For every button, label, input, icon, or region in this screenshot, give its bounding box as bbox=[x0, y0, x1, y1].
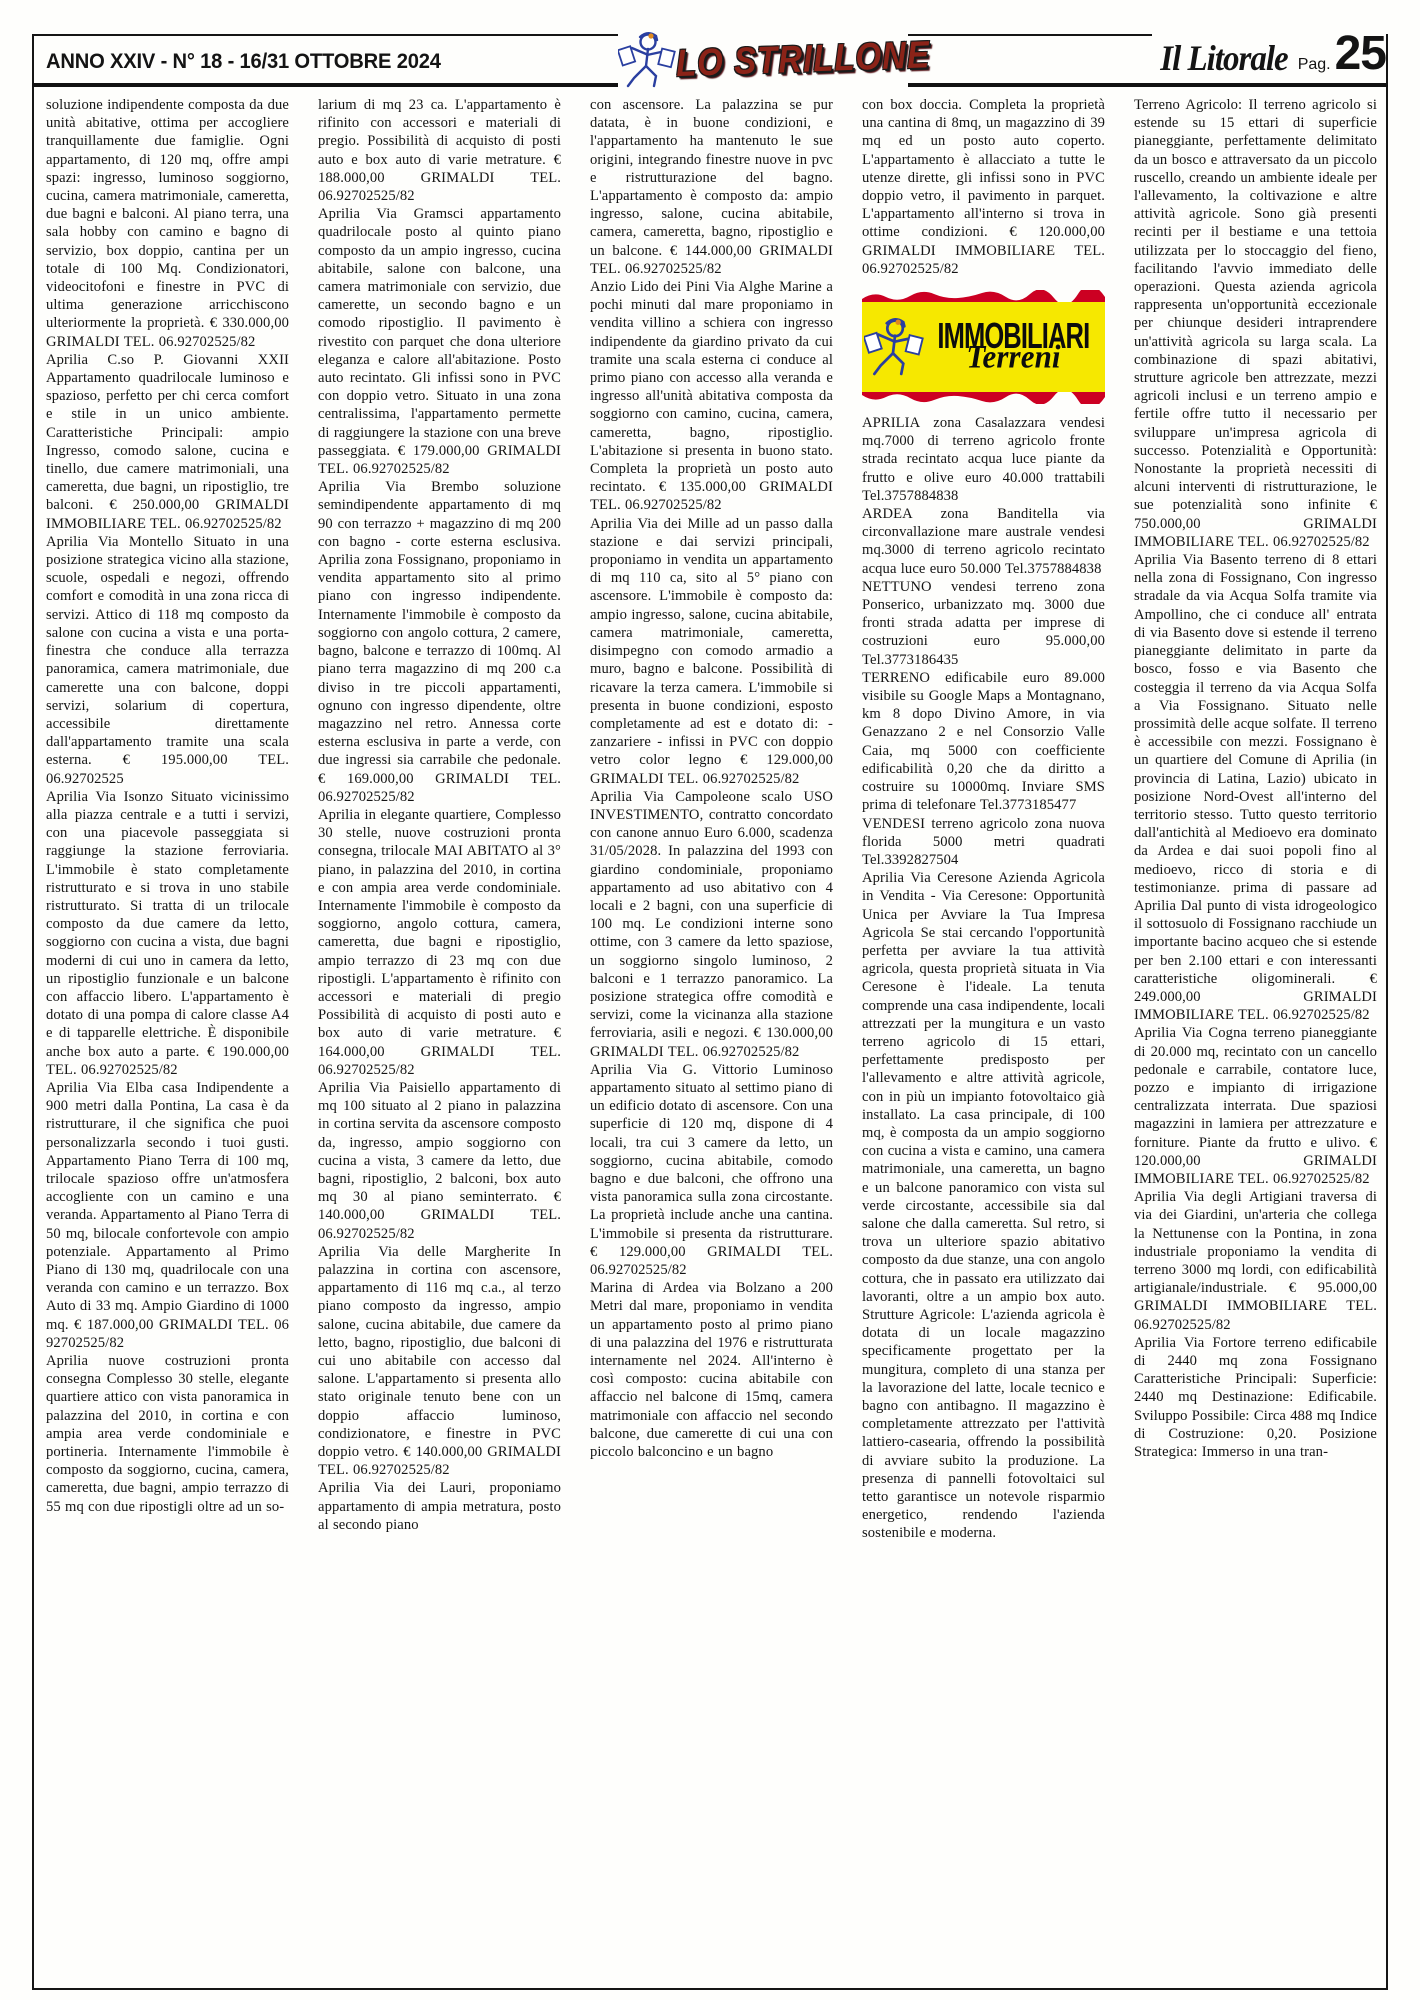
classified-ad: Aprilia Via Campoleone scalo USO INVESTI… bbox=[590, 788, 833, 1061]
column-5: Terreno Agricolo: Il terreno agricolo si… bbox=[1134, 96, 1377, 1966]
masthead-logo: LO STRILLONE bbox=[618, 26, 908, 92]
classified-ad: Aprilia Via delle Margherite In palazzin… bbox=[318, 1243, 561, 1480]
classified-ad: NETTUNO vendesi terreno zona Ponserico, … bbox=[862, 578, 1105, 669]
classified-ad: Aprilia Via Gramsci appartamento quadril… bbox=[318, 205, 561, 478]
classified-ad: VENDESI terreno agricolo zona nuova flor… bbox=[862, 815, 1105, 870]
classifieds-columns: soluzione indipendente composta da due u… bbox=[46, 96, 1380, 1966]
logo-wordmark: LO STRILLONE bbox=[675, 33, 930, 86]
classified-ad: Aprilia Via Elba casa Indipendente a 900… bbox=[46, 1079, 289, 1352]
classified-ad: con ascensore. La palazzina se pur datat… bbox=[590, 96, 833, 278]
issue-line: ANNO XXIV - N° 18 - 16/31 OTTOBRE 2024 bbox=[46, 50, 441, 74]
classified-ad: Aprilia Via Montello Situato in una posi… bbox=[46, 533, 289, 788]
column-2: larium di mq 23 ca. L'appartamento è rif… bbox=[318, 96, 561, 1966]
classified-ad: Aprilia Via Paisiello appartamento di mq… bbox=[318, 1079, 561, 1243]
classified-ad: Aprilia in elegante quartiere, Complesso… bbox=[318, 806, 561, 1079]
column-3: con ascensore. La palazzina se pur datat… bbox=[590, 96, 833, 1966]
classified-ad: Aprilia Via Brembo soluzione semindipend… bbox=[318, 478, 561, 806]
classified-ad: Aprilia Via Ceresone Azienda Agricola in… bbox=[862, 869, 1105, 1543]
classified-ad: Aprilia Via G. Vittorio Luminoso apparta… bbox=[590, 1061, 833, 1279]
column-4: con box doccia. Completa la proprietà un… bbox=[862, 96, 1105, 1966]
newsboy-icon bbox=[864, 306, 926, 388]
classified-ad: Aprilia Via dei Lauri, proponiamo appart… bbox=[318, 1479, 561, 1534]
classified-ad: Aprilia Via Cogna terreno pianeggiante d… bbox=[1134, 1024, 1377, 1188]
classified-ad: Aprilia Via Basento terreno di 8 ettari … bbox=[1134, 551, 1377, 1024]
paper-name: Il Litorale bbox=[1160, 40, 1287, 80]
wave-border-bottom bbox=[862, 392, 1105, 404]
classified-ad: Aprilia C.so P. Giovanni XXII Appartamen… bbox=[46, 351, 289, 533]
wave-border-top bbox=[862, 290, 1105, 302]
classified-ad: Aprilia Via degli Artigiani traversa di … bbox=[1134, 1188, 1377, 1334]
classified-ad: larium di mq 23 ca. L'appartamento è rif… bbox=[318, 96, 561, 205]
classified-ad: APRILIA zona Casalazzara vendesi mq.7000… bbox=[862, 414, 1105, 505]
classified-ad: Aprilia nuove costruzioni pronta consegn… bbox=[46, 1352, 289, 1516]
section-subtitle: Terreni bbox=[966, 348, 1060, 367]
classified-ad: Anzio Lido dei Pini Via Alghe Marine a p… bbox=[590, 278, 833, 515]
classified-ad: Aprilia Via Fortore terreno edificabile … bbox=[1134, 1334, 1377, 1461]
classified-ad: TERRENO edificabile euro 89.000 visibile… bbox=[862, 669, 1105, 815]
classified-ad: Terreno Agricolo: Il terreno agricolo si… bbox=[1134, 96, 1377, 551]
masthead: Il Litorale Pag. 25 bbox=[1152, 34, 1386, 80]
column-1: soluzione indipendente composta da due u… bbox=[46, 96, 289, 1966]
classified-ad: ARDEA zona Banditella via circonvallazio… bbox=[862, 505, 1105, 578]
classified-ad: Aprilia Via Isonzo Situato vicinissimo a… bbox=[46, 788, 289, 1079]
page-label: Pag. bbox=[1298, 56, 1331, 74]
section-header-immobiliari-terreni: IMMOBILIARI Terreni bbox=[862, 290, 1105, 404]
page-number: 25 bbox=[1335, 34, 1386, 74]
classified-ad: soluzione indipendente composta da due u… bbox=[46, 96, 289, 351]
newspaper-page: ANNO XXIV - N° 18 - 16/31 OTTOBRE 2024 bbox=[0, 0, 1420, 2000]
newsboy-logo-icon bbox=[618, 28, 676, 90]
classified-ad: Marina di Ardea via Bolzano a 200 Metri … bbox=[590, 1279, 833, 1461]
classified-ad: con box doccia. Completa la proprietà un… bbox=[862, 96, 1105, 278]
classified-ad: Aprilia Via dei Mille ad un passo dalla … bbox=[590, 515, 833, 788]
